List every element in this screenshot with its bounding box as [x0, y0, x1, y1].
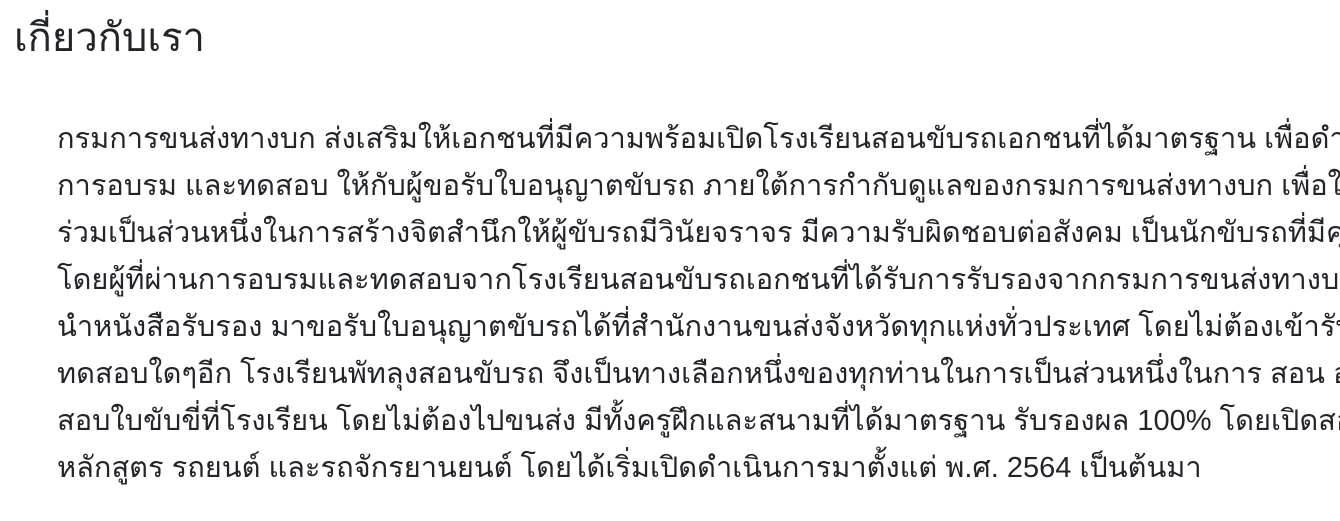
paragraph-line: นำหนังสือรับรอง มาขอรับใบอนุญาตขับรถได้ท…	[57, 304, 1300, 351]
paragraph-line: กรมการขนส่งทางบก ส่งเสริมให้เอกชนที่มีคว…	[57, 116, 1300, 163]
page-title: เกี่ยวกับเรา	[14, 12, 1340, 64]
paragraph-line: ทดสอบใดๆอีก โรงเรียนพัทลุงสอนขับรถ จึงเป…	[57, 351, 1300, 398]
paragraph-line: สอบใบขับขี่ที่โรงเรียน โดยไม่ต้องไปขนส่ง…	[57, 398, 1300, 445]
about-paragraph: กรมการขนส่งทางบก ส่งเสริมให้เอกชนที่มีคว…	[0, 116, 1340, 492]
paragraph-line: ร่วมเป็นส่วนหนึ่งในการสร้างจิตสำนึกให้ผู…	[57, 210, 1300, 257]
about-page: เกี่ยวกับเรา กรมการขนส่งทางบก ส่งเสริมให…	[0, 0, 1340, 521]
paragraph-line: การอบรม และทดสอบ ให้กับผู้ขอรับใบอนุญาตข…	[57, 163, 1300, 210]
paragraph-line: โดยผู้ที่ผ่านการอบรมและทดสอบจากโรงเรียนส…	[57, 257, 1300, 304]
paragraph-line: หลักสูตร รถยนต์ และรถจักรยานยนต์ โดยได้เ…	[57, 445, 1300, 492]
